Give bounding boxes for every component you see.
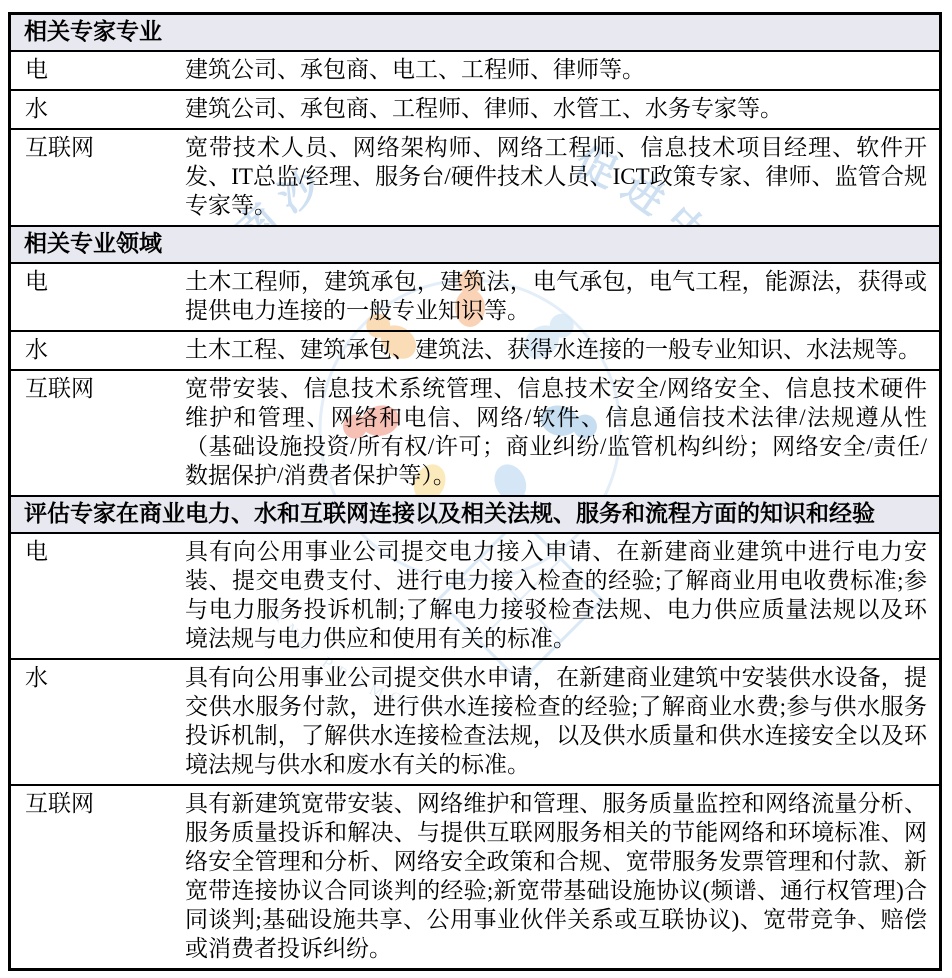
row-content: 建筑公司、承包商、工程师、律师、水管工、水务专家等。 [185, 91, 939, 128]
row-content: 建筑公司、承包商、电工、工程师、律师等。 [185, 52, 939, 89]
row-label: 互联网 [11, 130, 185, 225]
section-header-row: 评估专家在商业电力、水和互联网连接以及相关法规、服务和流程方面的知识和经验 [11, 495, 939, 532]
section-header-expert-specialties: 相关专家专业 [11, 15, 939, 50]
row-content: 具有向公用事业公司提交供水申请，在新建商业建筑中安装供水设备，提交供水服务付款，… [185, 660, 939, 784]
table-row: 电 具有向公用事业公司提交电力接入申请、在新建商业建筑中进行电力安装、提交电费支… [11, 532, 939, 658]
row-content: 具有新建筑宽带安装、网络维护和管理、服务质量监控和网络流量分析、服务质量投诉和解… [185, 786, 939, 968]
table-row: 互联网 宽带安装、信息技术系统管理、信息技术安全/网络安全、信息技术硬件维护和管… [11, 369, 939, 495]
row-content: 具有向公用事业公司提交电力接入申请、在新建商业建筑中进行电力安装、提交电费支付、… [185, 534, 939, 658]
expertise-table: 相关专家专业 电 建筑公司、承包商、电工、工程师、律师等。 水 建筑公司、承包商… [8, 12, 942, 971]
table-row: 电 建筑公司、承包商、电工、工程师、律师等。 [11, 50, 939, 89]
row-label: 互联网 [11, 786, 185, 968]
row-label: 电 [11, 52, 185, 89]
document-page: 南沙 促进中 AND PROMOTION [0, 0, 952, 978]
row-label: 互联网 [11, 371, 185, 495]
table-row: 互联网 宽带技术人员、网络架构师、网络工程师、信息技术项目经理、软件开发、IT总… [11, 128, 939, 225]
row-content: 土木工程师，建筑承包，建筑法，电气承包，电气工程，能源法，获得或提供电力连接的一… [185, 264, 939, 330]
row-label: 水 [11, 332, 185, 369]
table-row: 互联网 具有新建筑宽带安装、网络维护和管理、服务质量监控和网络流量分析、服务质量… [11, 784, 939, 968]
section-header-row: 相关专业领域 [11, 225, 939, 262]
row-content: 宽带技术人员、网络架构师、网络工程师、信息技术项目经理、软件开发、IT总监/经理… [185, 130, 939, 225]
table-row: 电 土木工程师，建筑承包，建筑法，电气承包，电气工程，能源法，获得或提供电力连接… [11, 262, 939, 330]
row-label: 水 [11, 660, 185, 784]
row-label: 电 [11, 534, 185, 658]
row-label: 水 [11, 91, 185, 128]
row-label: 电 [11, 264, 185, 330]
row-content: 宽带安装、信息技术系统管理、信息技术安全/网络安全、信息技术硬件维护和管理、网络… [185, 371, 939, 495]
row-content: 土木工程、建筑承包、建筑法、获得水连接的一般专业知识、水法规等。 [185, 332, 939, 369]
section-header-assessment-knowledge: 评估专家在商业电力、水和互联网连接以及相关法规、服务和流程方面的知识和经验 [11, 497, 939, 532]
section-header-professional-fields: 相关专业领域 [11, 227, 939, 262]
table-row: 水 建筑公司、承包商、工程师、律师、水管工、水务专家等。 [11, 89, 939, 128]
section-header-row: 相关专家专业 [11, 15, 939, 50]
table-row: 水 土木工程、建筑承包、建筑法、获得水连接的一般专业知识、水法规等。 [11, 330, 939, 369]
table-row: 水 具有向公用事业公司提交供水申请，在新建商业建筑中安装供水设备，提交供水服务付… [11, 658, 939, 784]
